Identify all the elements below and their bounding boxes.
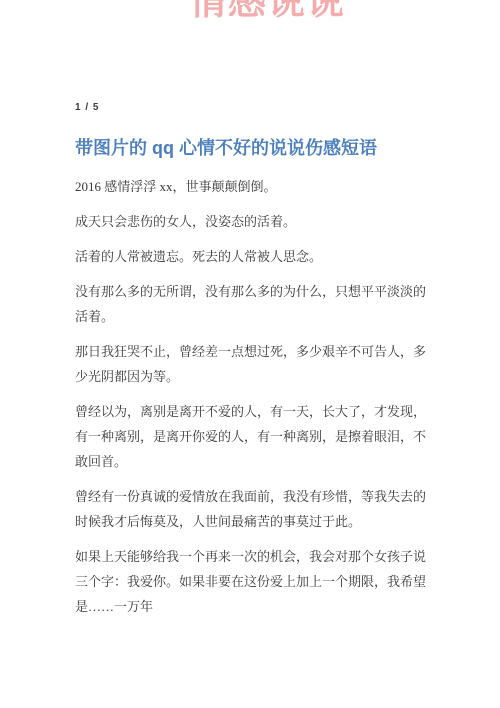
text-line: 三个字：我爱你。如果非要在这份爱上加上一个期限，我希望	[75, 569, 425, 594]
text-line: 曾经以为，离别是离开不爱的人，有一天，长大了，才发现，	[75, 399, 425, 424]
text-line: 曾经有一份真诚的爱情放在我面前，我没有珍惜，等我失去的	[75, 484, 425, 509]
paragraph: 活着的人常被遗忘。死去的人常被人思念。	[75, 244, 425, 269]
text-line: 是……一万年	[75, 594, 425, 619]
text-line: 如果上天能够给我一个再来一次的机会，我会对那个女孩子说	[75, 544, 425, 569]
text-line: 敢回首。	[75, 449, 425, 474]
text-line: 活着。	[75, 304, 425, 329]
paragraph: 曾经有一份真诚的爱情放在我面前，我没有珍惜，等我失去的 时候我才后悔莫及，人世间…	[75, 484, 425, 534]
paragraph: 那日我狂哭不止，曾经差一点想过死，多少艰辛不可告人，多 少光阴都因为等。	[75, 339, 425, 389]
document-body: 2016 感情浮浮 xx，世事颠颠倒倒。 成天只会悲伤的女人，没姿态的活着。 活…	[75, 174, 425, 619]
text-line: 2016 感情浮浮 xx，世事颠颠倒倒。	[75, 174, 425, 199]
text-line: 少光阴都因为等。	[75, 364, 425, 389]
text-line: 有一种离别，是离开你爱的人，有一种离别，是擦着眼泪，不	[75, 424, 425, 449]
text-line: 没有那么多的无所谓，没有那么多的为什么，只想平平淡淡的	[75, 279, 425, 304]
paragraph: 成天只会悲伤的女人，没姿态的活着。	[75, 209, 425, 234]
page-indicator: 1 / 5	[75, 102, 425, 113]
text-line: 时候我才后悔莫及，人世间最痛苦的事莫过于此。	[75, 509, 425, 534]
paragraph: 曾经以为，离别是离开不爱的人，有一天，长大了，才发现， 有一种离别，是离开你爱的…	[75, 399, 425, 474]
text-line: 成天只会悲伤的女人，没姿态的活着。	[75, 209, 425, 234]
text-line: 那日我狂哭不止，曾经差一点想过死，多少艰辛不可告人，多	[75, 339, 425, 364]
document-page: 1 / 5 带图片的 qq 心情不好的说说伤感短语 2016 感情浮浮 xx，世…	[75, 0, 425, 629]
paragraph: 没有那么多的无所谓，没有那么多的为什么，只想平平淡淡的 活着。	[75, 279, 425, 329]
paragraph: 2016 感情浮浮 xx，世事颠颠倒倒。	[75, 174, 425, 199]
document-heading: 带图片的 qq 心情不好的说说伤感短语	[75, 137, 425, 159]
text-line: 活着的人常被遗忘。死去的人常被人思念。	[75, 244, 425, 269]
paragraph: 如果上天能够给我一个再来一次的机会，我会对那个女孩子说 三个字：我爱你。如果非要…	[75, 544, 425, 619]
